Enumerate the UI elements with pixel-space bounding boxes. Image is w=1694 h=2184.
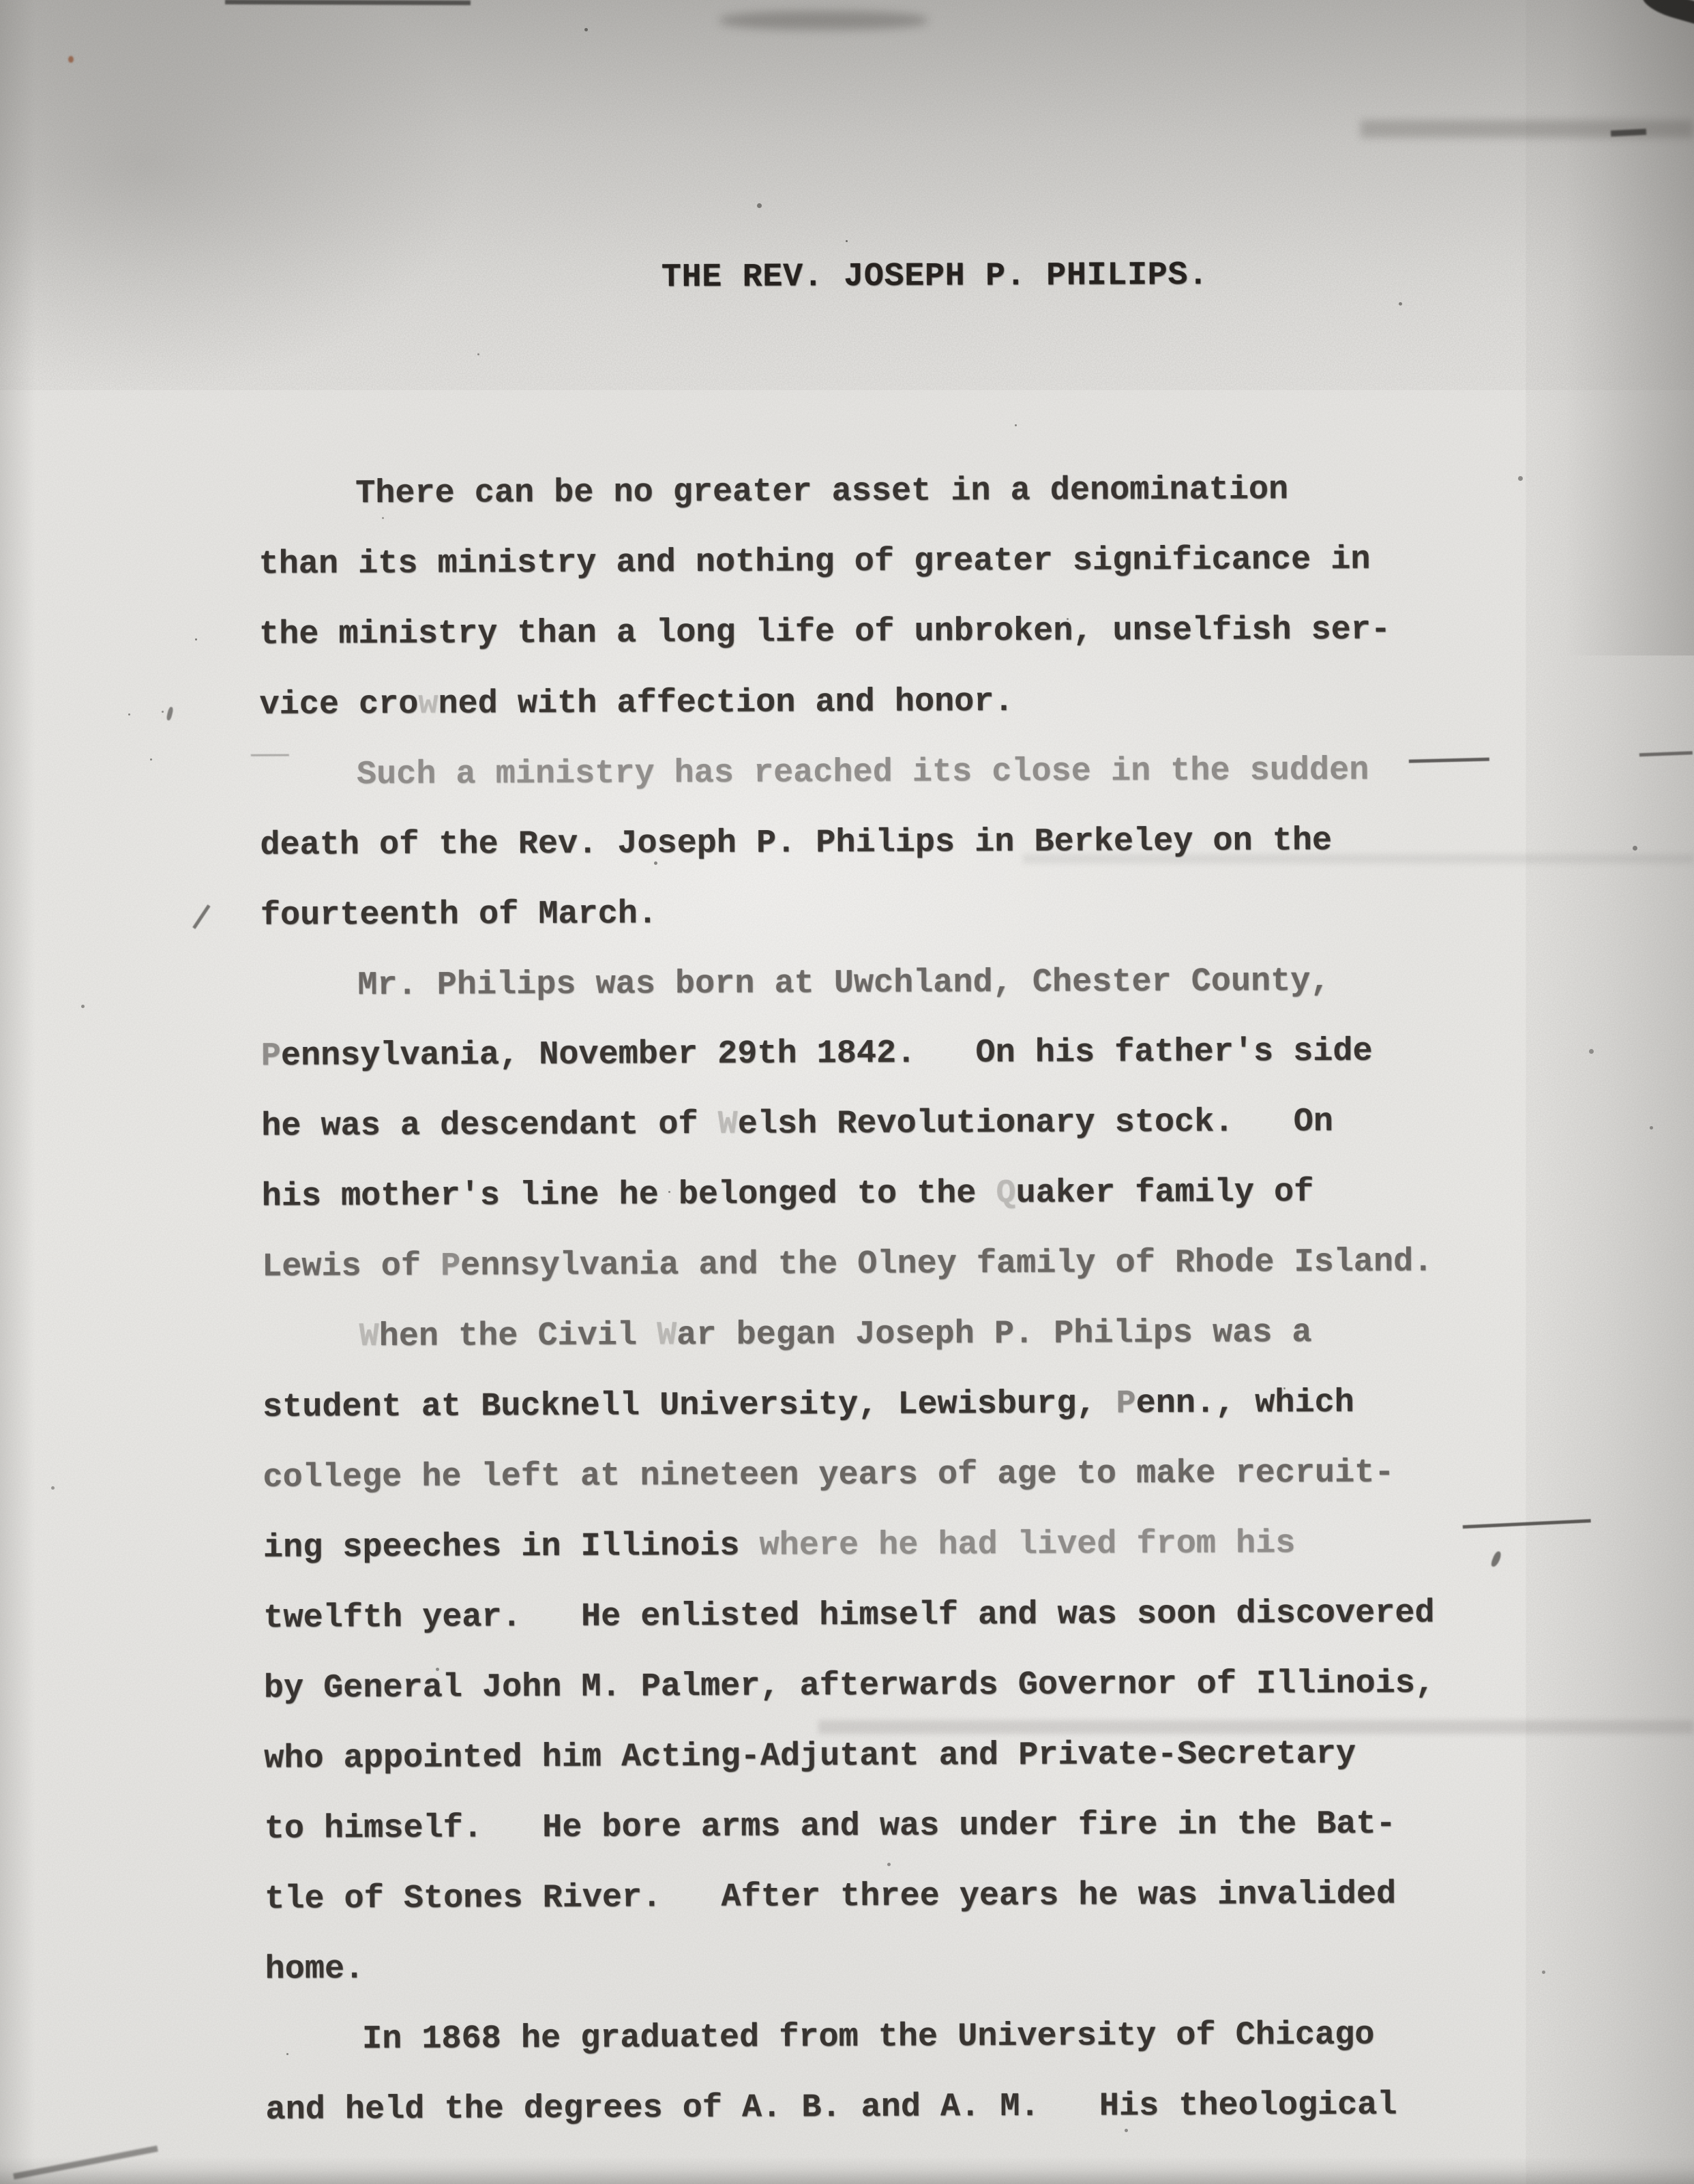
text-line: tle of Stones River. After three years h… [265, 1859, 1547, 1934]
text-run: student at Bucknell University, Lewisbur… [263, 1385, 1116, 1426]
text-line: In 1868 he graduated from the University… [265, 1999, 1547, 2075]
text-run: twelfth year. He enlisted himself and wa… [263, 1594, 1434, 1636]
text-line: Pennsylvania, November 29th 1842. On his… [261, 1016, 1543, 1091]
stray-apostrophe-mark [166, 707, 174, 721]
text-run: where he had lived from his [759, 1524, 1295, 1564]
text-line: who appointed him Acting-Adjutant and Pr… [264, 1718, 1546, 1794]
text-line: he was a descendant of Welsh Revolutiona… [261, 1086, 1543, 1162]
text-line: Lewis of Pennsylvania and the Olney fami… [262, 1226, 1544, 1302]
text-run: w [418, 685, 438, 723]
text-run: by General John M. Palmer, afterwards Go… [264, 1664, 1435, 1707]
text-run: college he left at nineteen years of age… [263, 1454, 1394, 1496]
text-line: and held the degrees of A. B. and A. M. … [265, 2069, 1547, 2145]
document-title: THE REV. JOSEPH P. PHILIPS. [662, 240, 1208, 312]
text-run: his mother's line he belonged to the [262, 1175, 996, 1215]
text-run: he was a descendant of [261, 1106, 718, 1145]
text-run: than its ministry and nothing of greater… [258, 541, 1370, 583]
text-run: Mr. Philips was born at Uwchland, Cheste… [357, 962, 1330, 1004]
text-run: vice cro [259, 685, 418, 724]
scanned-document-page: THE REV. JOSEPH P. PHILIPS. There can be… [0, 0, 1694, 2184]
text-run: elsh Revolutionary stock. On [738, 1103, 1333, 1143]
text-line: twelfth year. He enlisted himself and wa… [263, 1578, 1545, 1653]
text-line: the ministry than a long life of unbroke… [259, 594, 1541, 670]
text-run: tle of Stones River. After three years h… [265, 1875, 1396, 1917]
text-run: who appointed him Acting-Adjutant and Pr… [264, 1735, 1356, 1777]
text-line: college he left at nineteen years of age… [263, 1437, 1545, 1513]
text-run: home. [265, 1950, 364, 1988]
text-run: P [1116, 1385, 1135, 1422]
text-line: by General John M. Palmer, afterwards Go… [264, 1648, 1546, 1724]
pen-slash-left-of-fourteenth [192, 904, 210, 929]
text-line: vice crowned with affection and honor. [259, 664, 1541, 740]
scan-dust-specks [0, 0, 2, 2]
text-line: Such a ministry has reached its close in… [260, 735, 1542, 810]
text-run: ned with affection and honor. [438, 683, 1013, 723]
text-run: hen the Civil [379, 1316, 657, 1355]
text-run: P [261, 1037, 281, 1075]
text-run: W [657, 1316, 677, 1354]
text-run: uaker family of [1016, 1173, 1314, 1212]
text-run: ennsylvania and the Olney family of Rhod… [460, 1243, 1433, 1284]
text-run: ing speeches in Illinois [263, 1527, 760, 1567]
text-line: death of the Rev. Joseph P. Philips in B… [260, 805, 1542, 881]
text-run: Q [996, 1175, 1015, 1212]
text-run: the ministry than a long life of unbroke… [259, 611, 1391, 653]
typed-dash-right-margin [1639, 751, 1693, 756]
text-line: fourteenth of March. [261, 875, 1543, 951]
text-line: When the Civil War began Joseph P. Phili… [262, 1297, 1544, 1372]
text-run: to himself. He bore arms and was under f… [265, 1805, 1396, 1847]
text-run: W [359, 1318, 378, 1355]
text-run: W [718, 1106, 738, 1143]
text-run: P [441, 1247, 460, 1284]
typed-content: THE REV. JOSEPH P. PHILIPS. There can be… [0, 0, 1694, 2184]
text-line: Mr. Philips was born at Uwchland, Cheste… [261, 945, 1543, 1021]
text-line: student at Bucknell University, Lewisbur… [263, 1367, 1545, 1443]
text-run: There can be no greater asset in a denom… [355, 471, 1288, 512]
document-body: There can be no greater asset in a denom… [258, 454, 1548, 2145]
text-run: ar began Joseph P. Philips was a [677, 1314, 1312, 1354]
text-run: Lewis of [262, 1248, 441, 1286]
text-run: ennsylvania, November 29th 1842. On his … [281, 1033, 1373, 1075]
text-line: to himself. He bore arms and was under f… [264, 1788, 1546, 1864]
text-run: and held the degrees of A. B. and A. M. … [265, 2086, 1397, 2128]
text-line: ing speeches in Illinois where he had li… [263, 1507, 1545, 1583]
text-run: In 1868 he graduated from the University… [362, 2016, 1375, 2058]
text-line: home. [265, 1929, 1547, 2005]
text-run: fourteenth of March. [261, 895, 657, 934]
text-line: There can be no greater asset in a denom… [258, 454, 1541, 529]
text-line: his mother's line he belonged to the Qua… [261, 1156, 1543, 1232]
text-line: than its ministry and nothing of greater… [258, 524, 1541, 600]
text-run: Such a ministry has reached its close in… [357, 752, 1369, 793]
text-run: death of the Rev. Joseph P. Philips in B… [260, 822, 1332, 864]
text-run: enn., which [1136, 1384, 1354, 1422]
